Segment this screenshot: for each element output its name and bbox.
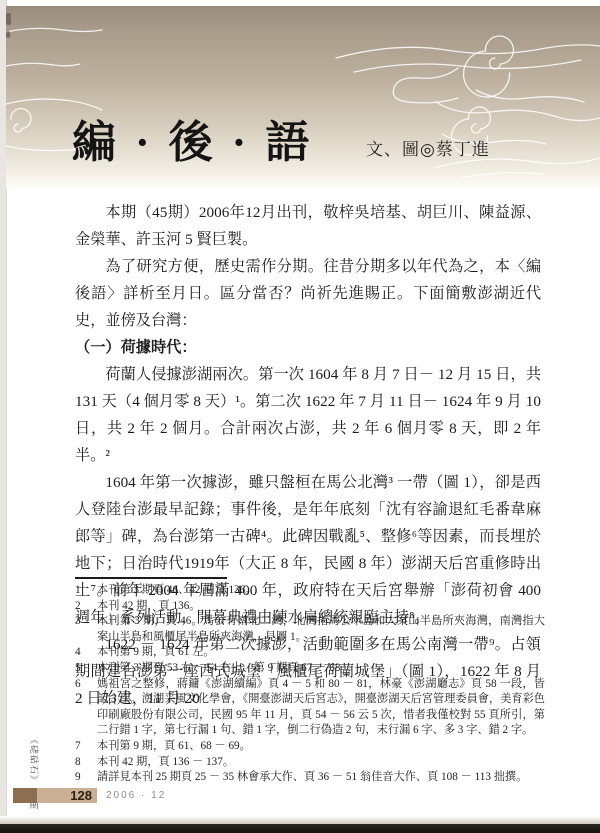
journal-title: 《硓𥑮石》 [29,735,39,785]
footnote-text: 媽祖宮之整修，蔣鏞《澎湖續編》頁 4 － 5 和 80 － 81，林豪《澎湖廳志… [97,677,545,739]
footnote-number: 1 [75,583,97,599]
page-number-bar: 128 2006 · 12 [13,788,166,803]
scan-smudge [6,31,10,38]
footnote-number: 8 [75,755,97,771]
footnote-item: 1 本刊第 3 期頁 46、42 期頁 136。 [75,583,545,599]
footnote-number: 4 [75,645,97,661]
paragraph: 本期（45期）2006年12月出刊，敬梓吳培基、胡巨川、陳益源、金榮華、許玉河 … [75,199,541,253]
paragraph: （一）荷據時代： [75,334,541,361]
footnote-number: 2 [75,599,97,615]
footnote-text: 本刊 42 期，頁 136。 [97,599,545,615]
footnote-item: 7 本刊第 9 期，頁 61、68 － 69。 [75,739,545,755]
footnote-text: 本刊第 3 期，頁 46。馬公有南北二灣，北灣指馬公半島和大案山半島所夾海灣，南… [97,614,545,645]
footnote-number: 5 [75,661,97,677]
scanned-journal-page: { "colors": { "band_top": "#998c7d", "ba… [0,0,600,833]
page-number: 128 [37,788,97,803]
footnote-item: 8 本刊 42 期，頁 136 － 137。 [75,755,545,771]
footnote-number: 3 [75,614,97,630]
footnote-text: 本刊第 3 期頁 46、42 期頁 136。 [97,583,545,599]
page-title: 編 · 後 · 語 [72,106,313,170]
footnote-item: 3 本刊第 3 期，頁 46。馬公有南北二灣，北灣指馬公半島和大案山半島所夾海灣… [75,614,545,645]
footnote-text: 請詳見本刊 25 期頁 25 － 35 林會承大作、頁 36 － 51 翁佳音大… [97,770,545,786]
footnotes-list: 1 本刊第 3 期頁 46、42 期頁 136。 2 本刊 42 期，頁 136… [75,583,545,786]
paragraph: 荷蘭人侵據澎湖兩次。第一次 1604 年 8 月 7 日－ 12 月 15 日，… [75,361,541,469]
footnote-item: 2 本刊 42 期，頁 136。 [75,599,545,615]
footnote-item: 6 媽祖宮之整修，蔣鏞《澎湖續編》頁 4 － 5 和 80 － 81，林豪《澎湖… [75,677,545,739]
paragraph: 為了研究方便，歷史需作分期。往昔分期多以年代為之，本〈編後語〉詳析至月日。區分當… [75,253,541,334]
issue-date: 2006 · 12 [106,790,166,801]
footnote-text: 本刊第 9 期，頁 61、68 － 69。 [97,739,545,755]
footnote-number: 9 [75,770,97,786]
scan-bottom-shadow [0,816,600,824]
footnote-text: 本刊第 9 期，頁 61 左。 [97,645,545,661]
footnote-item: 5 本刊第 3 期頁 53 右－ 54 右上、第 9 期頁 67 － 68。 [75,661,545,677]
footnote-text: 本刊 42 期，頁 136 － 137。 [97,755,545,771]
author-byline: 文、圖◎蔡丁進 [366,135,490,160]
scan-bottom-edge [0,824,600,833]
footnote-text: 本刊第 3 期頁 53 右－ 54 右上、第 9 期頁 67 － 68。 [97,661,545,677]
footnote-item: 9 請詳見本刊 25 期頁 25 － 35 林會承大作、頁 36 － 51 翁佳… [75,770,545,786]
footnote-divider [75,577,227,579]
footnote-item: 4 本刊第 9 期，頁 61 左。 [75,645,545,661]
page-bar-accent [13,788,37,803]
footnote-number: 7 [75,739,97,755]
footnote-number: 6 [75,677,97,693]
scan-smudge [6,13,11,25]
